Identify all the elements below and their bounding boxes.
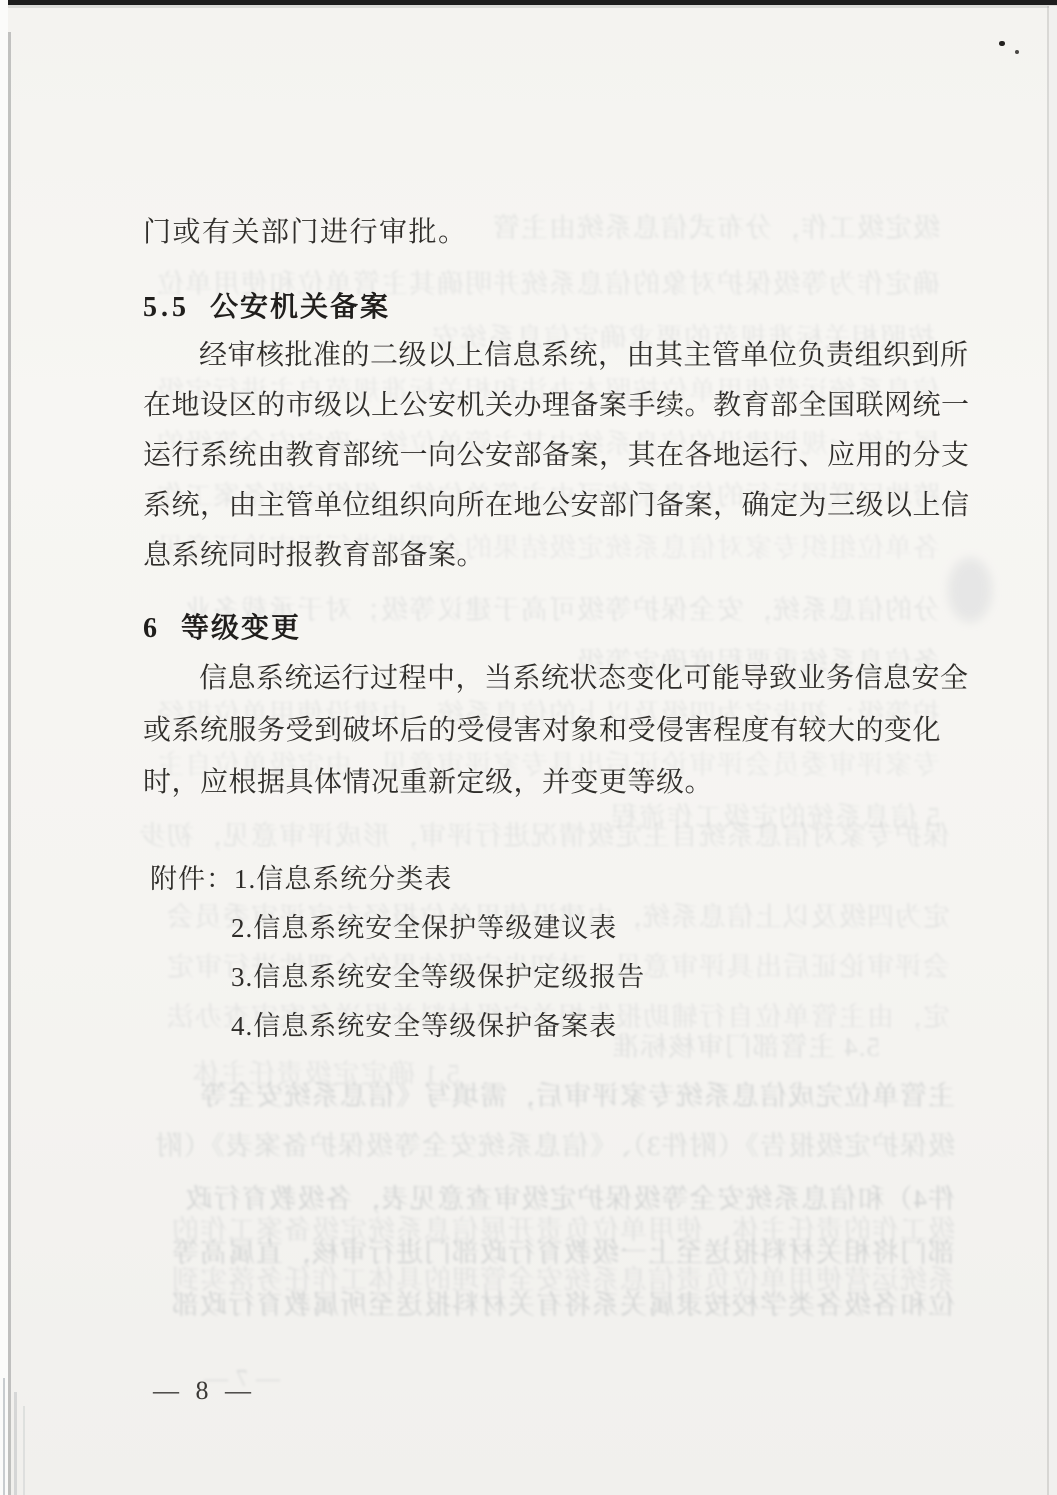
page-left-edge-line — [8, 32, 11, 1495]
page-corner-streak — [23, 1406, 25, 1495]
section-number: 6 — [143, 613, 161, 644]
bleedthrough-line: 级保护定级报告》（附件3）、《信息系统安全等级保护备案表》（附 — [140, 1130, 955, 1164]
bleedthrough-line: 系统运营使用单位负责信息系统安全管理的具体工作任务落实到 — [140, 1264, 955, 1298]
section-heading-5-5: 5.5公安机关备案 — [143, 291, 935, 324]
body-line: 息系统同时报教育部备案。 — [143, 531, 943, 581]
section-6-paragraph: 信息系统运行过程中，当系统状态变化可能导致业务信息安全 或系统服务受到破坏后的受… — [143, 653, 943, 809]
body-line: 系统，由主管单位组织向所在地公安部门备案，确定为三级以上信 — [143, 481, 943, 531]
page-corner-streak — [14, 1392, 17, 1495]
body-line: 或系统服务受到破坏后的受侵害对象和受侵害程度有较大的变化 — [143, 705, 943, 757]
body-line: 运行系统由教育部统一向公安部备案，其在各地运行、应用的分支 — [143, 431, 943, 481]
body-line: 在地设区的市级以上公安机关办理备案手续。教育部全国联网统一 — [143, 381, 943, 431]
paper-smudge — [948, 558, 992, 622]
attachment-item: 4.信息系统安全等级保护备案表 — [150, 1002, 910, 1051]
page-corner-streak — [3, 1378, 5, 1495]
attachments-list: 附件：1.信息系统分类表 2.信息系统安全保护等级建议表 3.信息系统安全等级保… — [150, 855, 910, 1051]
scan-top-edge-shadow — [0, 5, 1057, 8]
scanned-document-page: 级定级工作，分布式信息系统由主管 确定作为等级保护对象的信息系统并明确其主管单位… — [0, 0, 1057, 1495]
page-right-margin-edge — [1049, 6, 1057, 1495]
bleedthrough-line: 级工作的责任主体，使用单位负责开展信息系统定级备案工作的 — [140, 1214, 955, 1248]
body-line: 信息系统运行过程中，当系统状态变化可能导致业务信息安全 — [143, 653, 943, 705]
section-number: 5.5 — [143, 292, 190, 323]
ink-speck — [1015, 50, 1019, 54]
body-line: 经审核批准的二级以上信息系统，由其主管单位负责组织到所 — [143, 331, 943, 381]
section-title: 公安机关备案 — [210, 291, 390, 322]
attachment-item-text: 3.信息系统安全等级保护定级报告 — [231, 962, 645, 992]
page-left-margin-edge — [0, 0, 8, 1495]
attachment-item-text: 1.信息系统分类表 — [234, 864, 452, 894]
attachment-item: 2.信息系统安全保护等级建议表 — [150, 904, 910, 953]
page-number: — 8 — — [153, 1376, 256, 1406]
attachment-item: 3.信息系统安全等级保护定级报告 — [150, 953, 910, 1002]
attachment-item: 附件：1.信息系统分类表 — [150, 855, 910, 904]
bleedthrough-line: 部门将相关材料报送至上一级教育行政部门进行审核，直属高等 — [140, 1237, 955, 1271]
bleedthrough-line: 位和各级各类学校按隶属关系将有关材料报送至所属教育行政部 — [140, 1289, 955, 1323]
paragraph-continuation-line: 门或有关部门进行审批。 — [143, 217, 935, 249]
bleedthrough-line: 5.1 确定定级责任主体 — [140, 1058, 460, 1092]
ink-speck — [999, 41, 1005, 46]
section-title: 等级变更 — [181, 612, 301, 643]
attachment-item-text: 4.信息系统安全等级保护备案表 — [231, 1011, 617, 1041]
attachment-item-text: 2.信息系统安全保护等级建议表 — [231, 913, 617, 943]
section-heading-6: 6等级变更 — [143, 612, 935, 645]
bleedthrough-line: 件4）和信息系统安全等级保护定级审查意见表，各级教育行政 — [140, 1183, 955, 1217]
bleedthrough-line: 保护专家对信息系统自主定级情况进行评审，形成评审意见，初步 — [140, 820, 950, 854]
attachments-label: 附件： — [150, 864, 234, 894]
section-5-5-paragraph: 经审核批准的二级以上信息系统，由其主管单位负责组织到所 在地设区的市级以上公安机… — [143, 331, 943, 581]
body-line: 时，应根据具体情况重新定级，并变更等级。 — [143, 757, 943, 809]
bleedthrough-line: 主管单位完成信息系统专家评审后，需填写《信息系统安全等 — [140, 1080, 955, 1114]
